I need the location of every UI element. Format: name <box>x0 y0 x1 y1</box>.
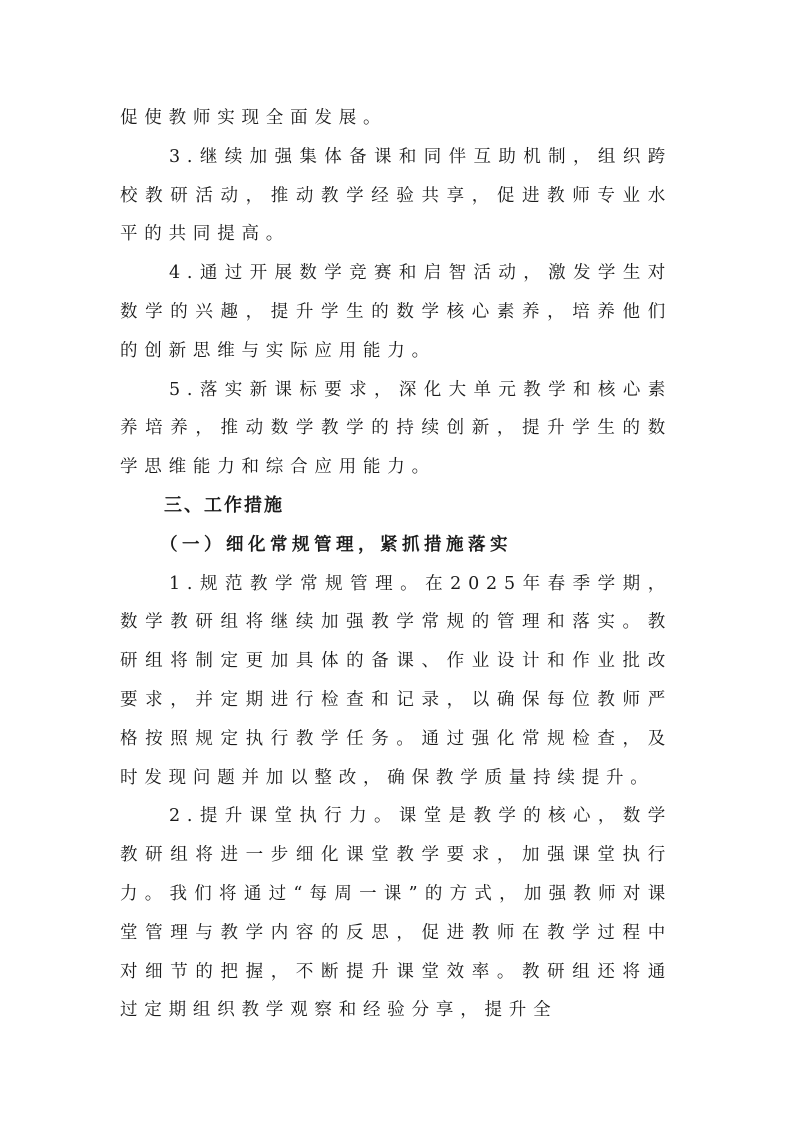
subsection-heading: （一）细化常规管理，紧抓措施落实 <box>120 526 672 565</box>
paragraph-continuation: 促使教师实现全面发展。 <box>120 99 672 138</box>
document-body: 促使教师实现全面发展。 3.继续加强集体备课和同伴互助机制，组织跨校教研活动，推… <box>120 99 672 1030</box>
goal-item-3: 3.继续加强集体备课和同伴互助机制，组织跨校教研活动，推动教学经验共享，促进教师… <box>120 138 672 254</box>
document-page: 促使教师实现全面发展。 3.继续加强集体备课和同伴互助机制，组织跨校教研活动，推… <box>0 0 793 1122</box>
measure-item-1: 1.规范教学常规管理。在2025年春季学期，数学教研组将继续加强教学常规的管理和… <box>120 565 672 798</box>
measure-item-2: 2.提升课堂执行力。课堂是教学的核心，数学教研组将进一步细化课堂教学要求，加强课… <box>120 797 672 1030</box>
goal-item-5: 5.落实新课标要求，深化大单元教学和核心素养培养，推动数学教学的持续创新，提升学… <box>120 371 672 487</box>
section-heading: 三、工作措施 <box>120 487 672 526</box>
goal-item-4: 4.通过开展数学竞赛和启智活动，激发学生对数学的兴趣，提升学生的数学核心素养，培… <box>120 254 672 370</box>
